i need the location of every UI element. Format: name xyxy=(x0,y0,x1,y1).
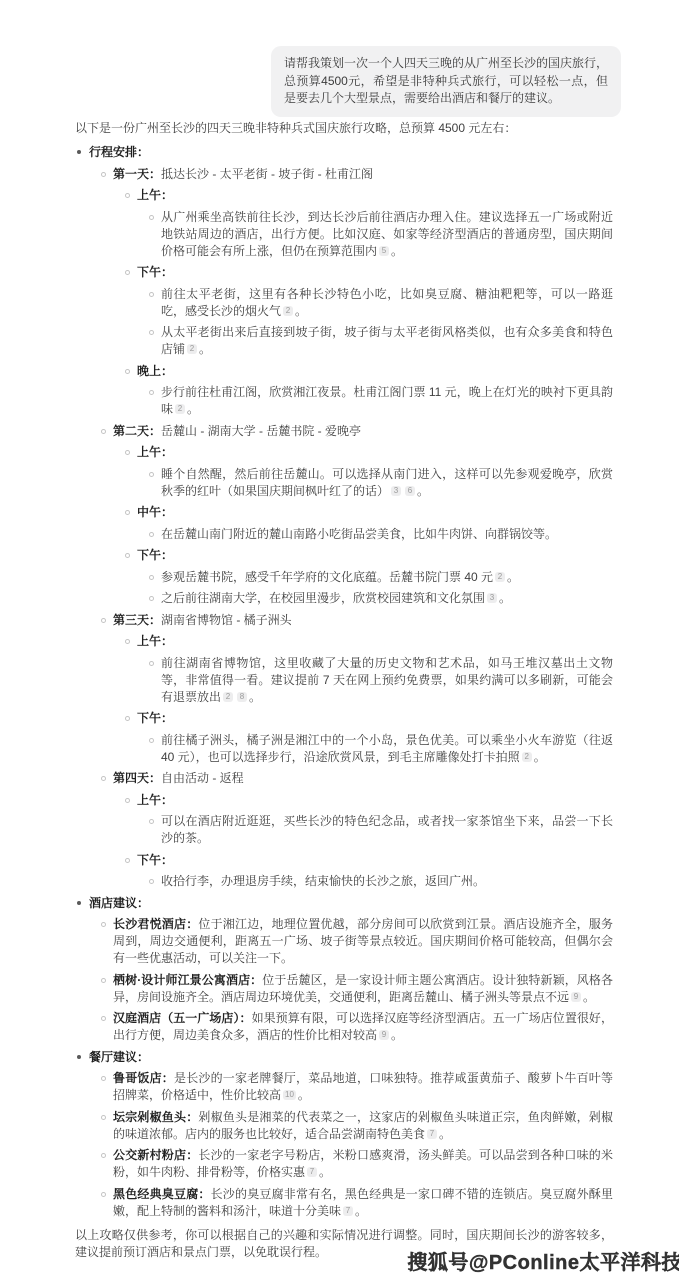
list-item: 餐厅建议： xyxy=(77,1049,613,1066)
citation-badge[interactable]: 7 xyxy=(343,1206,353,1216)
citation-badge[interactable]: 3 xyxy=(487,593,497,603)
list-item: 之后前往湖南大学，在校园里漫步，欣赏校园建筑和文化氛围3。 xyxy=(149,590,613,607)
list-item: 酒店建议： xyxy=(77,895,613,912)
list-item: 汉庭酒店（五一广场店）：如果预算有限，可以选择汉庭等经济型酒店。五一广场店位置很… xyxy=(101,1010,613,1044)
list-item: 晚上： xyxy=(125,363,613,380)
citation-badge[interactable]: 9 xyxy=(571,992,581,1002)
circle-bullet-icon xyxy=(149,472,154,477)
circle-bullet-icon xyxy=(125,858,130,863)
list-item: 下午： xyxy=(125,264,613,281)
circle-bullet-icon xyxy=(125,193,130,198)
circle-bullet-icon xyxy=(149,215,154,220)
list-item: 坛宗剁椒鱼头：剁椒鱼头是湘菜的代表菜之一，这家店的剁椒鱼头味道正宗，鱼肉鲜嫩，剁… xyxy=(101,1109,613,1143)
item-label: 酒店建议： xyxy=(89,896,149,910)
citation-badge[interactable]: 2 xyxy=(175,404,185,414)
reply-intro: 以下是一份广州至长沙的四天三晚非特种兵式国庆旅行攻略，总预算 4500 元左右： xyxy=(75,120,613,137)
list-item: 前往湖南省博物馆，这里收藏了大量的历史文物和艺术品，如马王堆汉墓出土文物等，非常… xyxy=(149,655,613,706)
item-label: 下午： xyxy=(137,853,173,867)
circle-bullet-icon xyxy=(149,390,154,395)
list-item: 鲁哥饭店：是长沙的一家老牌餐厅，菜品地道，口味独特。推荐咸蛋黄茄子、酸萝卜牛百叶… xyxy=(101,1070,613,1104)
circle-bullet-icon xyxy=(125,369,130,374)
citation-badge[interactable]: 7 xyxy=(427,1129,437,1139)
circle-bullet-icon xyxy=(149,330,154,335)
circle-bullet-icon xyxy=(149,819,154,824)
list-item: 第四天：自由活动 - 返程 xyxy=(101,770,613,787)
circle-bullet-icon xyxy=(101,1076,106,1081)
item-label: 上午： xyxy=(137,188,173,202)
citation-badge[interactable]: 2 xyxy=(283,306,293,316)
list-item: 下午： xyxy=(125,852,613,869)
list-item: 第三天：湖南省博物馆 - 橘子洲头 xyxy=(101,612,613,629)
item-label: 黑色经典臭豆腐： xyxy=(113,1187,211,1201)
list-item: 栖树·设计师江景公寓酒店：位于岳麓区，是一家设计师主题公寓酒店。设计独特新颖，风… xyxy=(101,972,613,1006)
circle-bullet-icon xyxy=(149,661,154,666)
citation-badge[interactable]: 2 xyxy=(522,752,532,762)
circle-bullet-icon xyxy=(125,553,130,558)
citation-badge[interactable]: 8 xyxy=(237,692,247,702)
bullet-icon xyxy=(77,1055,81,1059)
circle-bullet-icon xyxy=(101,922,106,927)
item-label: 汉庭酒店（五一广场店）： xyxy=(113,1011,252,1025)
list-item: 长沙君悦酒店：位于湘江边，地理位置优越，部分房间可以欣赏到江景。酒店设施齐全，服… xyxy=(101,916,613,967)
circle-bullet-icon xyxy=(149,596,154,601)
list-item: 上午： xyxy=(125,792,613,809)
list-item: 步行前往杜甫江阁，欣赏湘江夜景。杜甫江阁门票 11 元，晚上在灯光的映衬下更具韵… xyxy=(149,384,613,418)
circle-bullet-icon xyxy=(101,1115,106,1120)
circle-bullet-icon xyxy=(125,798,130,803)
list-item: 参观岳麓书院，感受千年学府的文化底蕴。岳麓书院门票 40 元2。 xyxy=(149,569,613,586)
item-label: 下午： xyxy=(137,265,173,279)
list-item: 在岳麓山南门附近的麓山南路小吃街品尝美食，比如牛肉饼、向群锅饺等。 xyxy=(149,526,613,543)
item-label: 鲁哥饭店： xyxy=(113,1071,174,1085)
item-label: 长沙君悦酒店： xyxy=(113,917,198,931)
item-label: 第二天： xyxy=(113,424,161,438)
list-item: 中午： xyxy=(125,504,613,521)
circle-bullet-icon xyxy=(125,270,130,275)
item-label: 下午： xyxy=(137,548,173,562)
item-label: 第一天： xyxy=(113,167,161,181)
citation-badge[interactable]: 2 xyxy=(495,572,505,582)
item-label: 上午： xyxy=(137,634,173,648)
list-item: 从广州乘坐高铁前往长沙，到达长沙后前往酒店办理入住。建议选择五一广场或附近地铁站… xyxy=(149,209,613,260)
circle-bullet-icon xyxy=(125,639,130,644)
reply-outline: 行程安排：第一天：抵达长沙 - 太平老街 - 坡子街 - 杜甫江阁上午：从广州乘… xyxy=(75,144,613,1220)
list-item: 前往太平老街，这里有各种长沙特色小吃，比如臭豆腐、糖油粑粑等，可以一路逛吃，感受… xyxy=(149,286,613,320)
list-item: 第二天：岳麓山 - 湖南大学 - 岳麓书院 - 爱晚亭 xyxy=(101,423,613,440)
circle-bullet-icon xyxy=(149,532,154,537)
citation-badge[interactable]: 2 xyxy=(187,344,197,354)
circle-bullet-icon xyxy=(149,879,154,884)
list-item: 从太平老街出来后直接到坡子街，坡子街与太平老街风格类似，也有众多美食和特色店铺2… xyxy=(149,324,613,358)
watermark: 搜狐号@PConline太平洋科技 xyxy=(407,1246,679,1275)
item-label: 晚上： xyxy=(137,364,173,378)
bullet-icon xyxy=(77,901,81,905)
item-label: 第四天： xyxy=(113,771,161,785)
citation-badge[interactable]: 7 xyxy=(307,1167,317,1177)
list-item: 收拾行李，办理退房手续，结束愉快的长沙之旅，返回广州。 xyxy=(149,873,613,890)
list-item: 公交新村粉店：长沙的一家老字号粉店，米粉口感爽滑，汤头鲜美。可以品尝到各种口味的… xyxy=(101,1147,613,1181)
bullet-icon xyxy=(77,150,81,154)
circle-bullet-icon xyxy=(149,575,154,580)
item-label: 下午： xyxy=(137,711,173,725)
citation-badge[interactable]: 10 xyxy=(283,1090,296,1100)
list-item: 下午： xyxy=(125,710,613,727)
circle-bullet-icon xyxy=(101,978,106,983)
list-item: 黑色经典臭豆腐：长沙的臭豆腐非常有名，黑色经典是一家口碑不错的连锁店。臭豆腐外酥… xyxy=(101,1186,613,1220)
list-item: 睡个自然醒，然后前往岳麓山。可以选择从南门进入，这样可以先参观爱晚亭，欣赏秋季的… xyxy=(149,466,613,500)
circle-bullet-icon xyxy=(101,776,106,781)
user-message-text: 请帮我策划一次一个人四天三晚的从广州至长沙的国庆旅行，总预算4500元，希望是非… xyxy=(284,56,608,105)
list-item: 上午： xyxy=(125,633,613,650)
circle-bullet-icon xyxy=(101,429,106,434)
item-label: 第三天： xyxy=(113,613,161,627)
circle-bullet-icon xyxy=(101,1016,106,1021)
circle-bullet-icon xyxy=(149,738,154,743)
citation-badge[interactable]: 6 xyxy=(405,486,415,496)
list-item: 第一天：抵达长沙 - 太平老街 - 坡子街 - 杜甫江阁 xyxy=(101,166,613,183)
assistant-reply: 以下是一份广州至长沙的四天三晚非特种兵式国庆旅行攻略，总预算 4500 元左右：… xyxy=(75,120,613,1261)
item-label: 坛宗剁椒鱼头： xyxy=(113,1110,198,1124)
citation-badge[interactable]: 2 xyxy=(223,692,233,702)
user-message-bubble: 请帮我策划一次一个人四天三晚的从广州至长沙的国庆旅行，总预算4500元，希望是非… xyxy=(271,46,621,117)
list-item: 行程安排： xyxy=(77,144,613,161)
circle-bullet-icon xyxy=(101,172,106,177)
list-item: 可以在酒店附近逛逛，买些长沙的特色纪念品，或者找一家茶馆坐下来，品尝一下长沙的茶… xyxy=(149,813,613,847)
item-label: 行程安排： xyxy=(89,145,149,159)
circle-bullet-icon xyxy=(101,618,106,623)
list-item: 上午： xyxy=(125,187,613,204)
citation-badge[interactable]: 3 xyxy=(391,486,401,496)
chat-page: 请帮我策划一次一个人四天三晚的从广州至长沙的国庆旅行，总预算4500元，希望是非… xyxy=(0,0,679,1280)
list-item: 前往橘子洲头，橘子洲是湘江中的一个小岛，景色优美。可以乘坐小火车游览（往返 40… xyxy=(149,732,613,766)
circle-bullet-icon xyxy=(101,1153,106,1158)
item-label: 上午： xyxy=(137,445,173,459)
citation-badge[interactable]: 9 xyxy=(379,1030,389,1040)
item-label: 中午： xyxy=(137,505,173,519)
item-label: 公交新村粉店： xyxy=(113,1148,198,1162)
list-item: 下午： xyxy=(125,547,613,564)
item-label: 栖树·设计师江景公寓酒店： xyxy=(113,973,262,987)
item-label: 餐厅建议： xyxy=(89,1050,149,1064)
circle-bullet-icon xyxy=(125,510,130,515)
list-item: 上午： xyxy=(125,444,613,461)
item-label: 上午： xyxy=(137,793,173,807)
circle-bullet-icon xyxy=(125,450,130,455)
circle-bullet-icon xyxy=(149,292,154,297)
citation-badge[interactable]: 5 xyxy=(379,246,389,256)
circle-bullet-icon xyxy=(101,1192,106,1197)
circle-bullet-icon xyxy=(125,716,130,721)
